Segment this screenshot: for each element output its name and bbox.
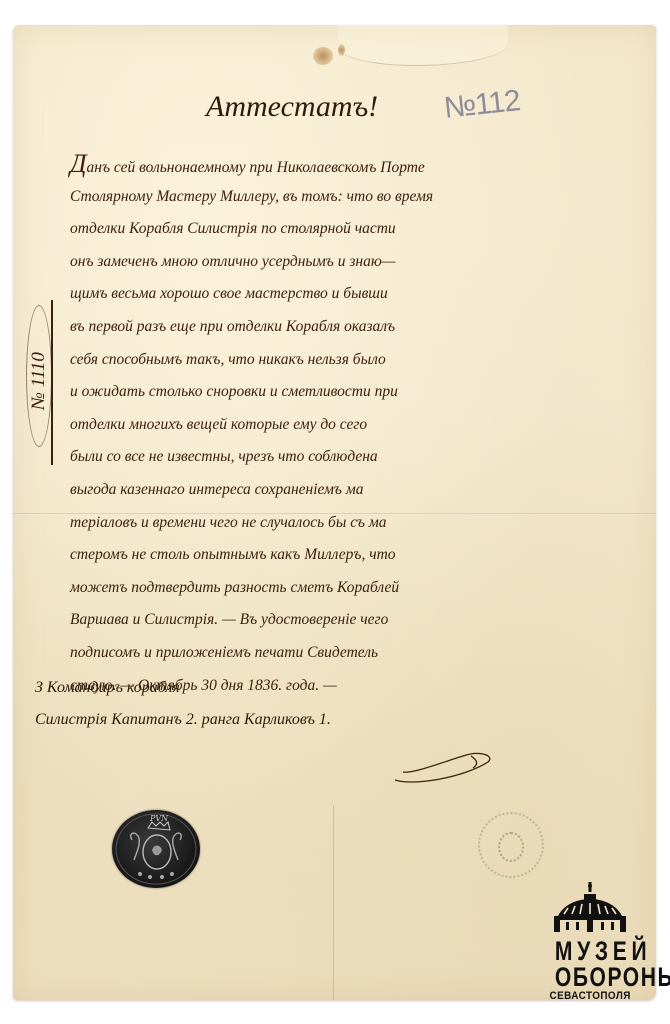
body-line: были со все не известны, чрезъ что соблю… (70, 441, 645, 474)
signature-block: З Командиръ корабля Силистрія Капитанъ 2… (35, 672, 331, 736)
signature-flourish-icon (393, 742, 493, 784)
body-line: Столярному Мастеру Миллеру, въ томъ: что… (70, 181, 645, 214)
faint-stamp (478, 812, 544, 878)
body-line: себя способнымъ такъ, что никакъ нельзя … (70, 344, 645, 377)
museum-watermark: МУЗЕЙ ОБОРОНЫ СЕВАСТОПОЛЯ (545, 882, 635, 1002)
stain (313, 47, 333, 65)
wax-seal: PVN (112, 810, 200, 888)
paper-tear (338, 25, 508, 66)
margin-registration-number: № 1110 (24, 300, 54, 465)
museum-name-line3: СЕВАСТОПОЛЯ (550, 990, 631, 1002)
museum-name-line1: МУЗЕЙ (555, 938, 625, 964)
coat-of-arms-icon: PVN (112, 810, 200, 888)
body-line: стеромъ не столь опытнымъ какъ Миллеръ, … (70, 539, 645, 572)
body-line: въ первой разъ еще при отделки Корабля о… (70, 311, 645, 344)
margin-rule (51, 300, 53, 465)
body-line: подписомъ и приложеніемъ печати Свидетел… (70, 637, 645, 670)
body-line: онъ замеченъ мною отлично усерднымъ и зн… (70, 246, 645, 279)
museum-name-line2: ОБОРОНЫ (555, 964, 625, 990)
margin-number-text: № 1110 (28, 316, 50, 446)
museum-dome-icon (550, 882, 630, 934)
body-line: отделки Корабля Силистрія по столярной ч… (70, 213, 645, 246)
body-line: щимъ весьма хорошо свое мастерство и быв… (70, 278, 645, 311)
document-body: Данъ сей вольнонаемному при Николаевском… (70, 148, 645, 702)
body-line: отделки многихъ вещей которые ему до сег… (70, 409, 645, 442)
body-line: Данъ сей вольнонаемному при Николаевском… (70, 148, 645, 181)
body-line: можетъ подтвердить разность сметъ Корабл… (70, 572, 645, 605)
signature-line: З Командиръ корабля (35, 672, 331, 704)
document-title: Аттестатъ! (206, 90, 378, 124)
body-line: выгода казеннаго интереса сохраненіемъ м… (70, 474, 645, 507)
body-line: и ожидать столько сноровки и сметливости… (70, 376, 645, 409)
fold-line (333, 805, 334, 1000)
signature-line: Силистрія Капитанъ 2. ранга Карликовъ 1. (35, 704, 331, 736)
body-line: теріаловъ и времени чего не случалось бы… (70, 507, 645, 540)
svg-text:PVN: PVN (149, 814, 169, 823)
stain (338, 44, 345, 56)
body-line: Варшава и Силистрія. — Въ удостовереніе … (70, 604, 645, 637)
